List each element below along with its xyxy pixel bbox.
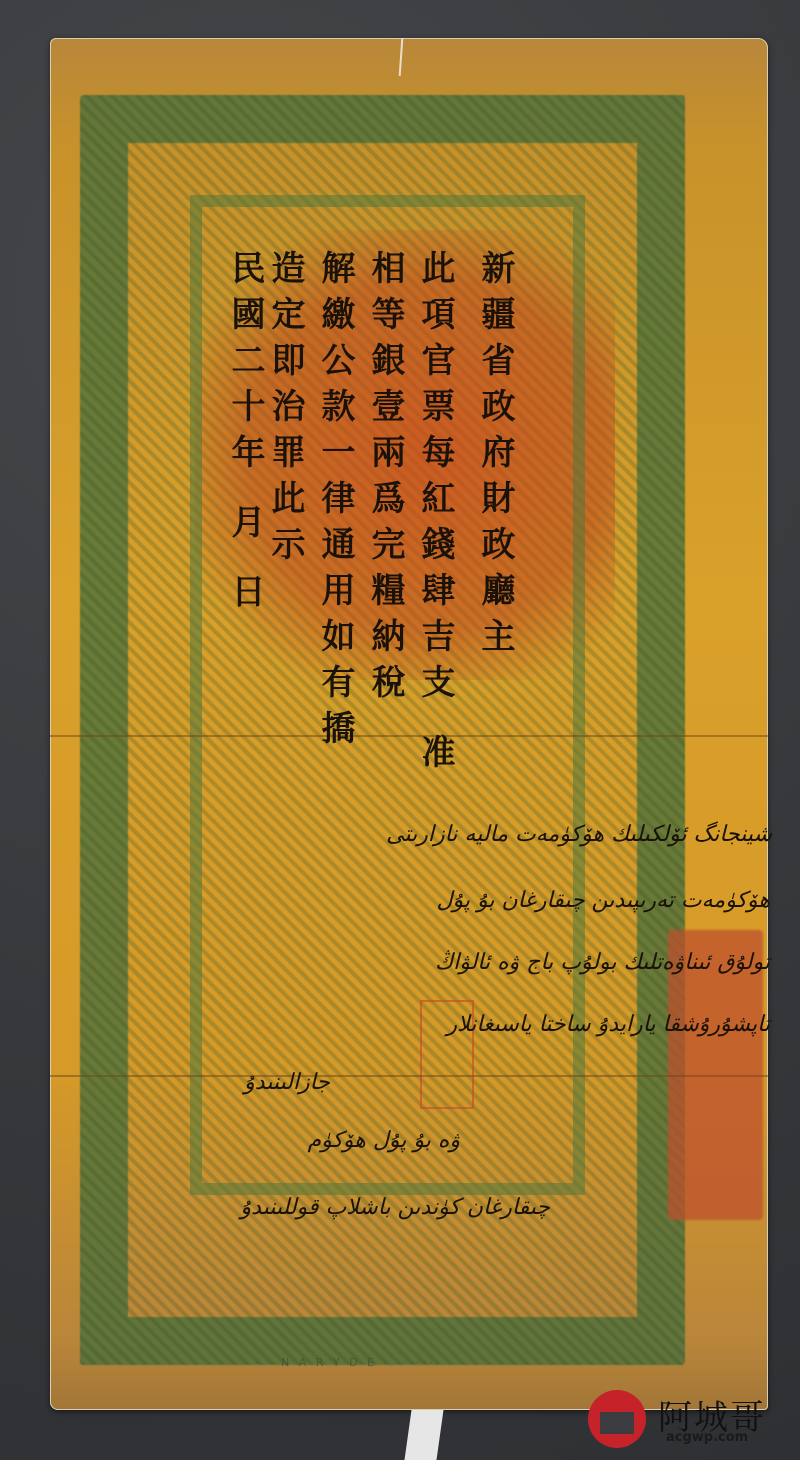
date-column: 民國二十年 月 日 [228,250,262,620]
uyghur-line-5: جازالىنىدۇ [244,1070,330,1095]
uyghur-line-4: تاپشۇرۇشقا يارايدۇ ساختا ياسىغانلار [447,1012,770,1037]
uyghur-line-2: ھۆكۈمەت تەرىپىدىن چىقارغان بۇ پۇل [437,888,770,913]
text-column-3: 相等銀壹兩爲完糧納稅 [368,250,402,710]
text-column-4: 解繳公款一律通用如有撟 [318,250,352,756]
text-column-1: 新疆省政府財政廳主 [478,250,512,664]
fold-line [50,735,768,737]
uyghur-line-6: ۋە بۇ پۇل ھۆكۈم [307,1128,460,1153]
watermark: 阿城哥 acgwp.com [586,1388,798,1450]
uyghur-line-1: شینجانگ ئۆلكىلىك ھۆكۈمەت ماليە نازارىتى [386,822,772,847]
text-column-2: 此項官票每紅錢肆吉支 准 [418,250,452,780]
printer-imprint: · · N A R Y D E · ······· [255,1356,442,1369]
watermark-url: acgwp.com [666,1430,748,1445]
uyghur-line-3: تولۇق ئىناۋەتلىك بولۇپ باج ۋە ئالۋاڭ [435,950,770,975]
uyghur-line-7: چىقارغان كۈندىن باشلاپ قوللىنىدۇ [241,1195,550,1220]
fold-line [50,1075,768,1077]
text-column-5: 造定即治罪此示 [268,250,302,572]
watermark-logo-icon [588,1390,646,1448]
